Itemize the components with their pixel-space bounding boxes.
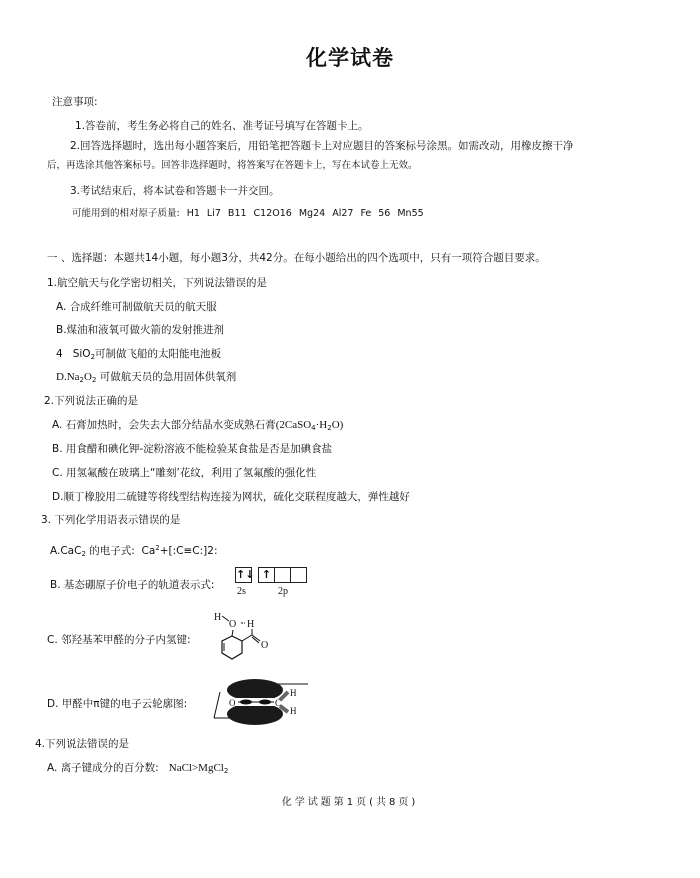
q3-option-d: D. 甲醛中π键的电子云轮廓图: [47, 697, 187, 711]
orbital-2s-label: 2s [237, 586, 246, 597]
question-2-stem: 2.下列说法正确的是 [44, 394, 138, 408]
q2-option-c: C. 用氢氟酸在玻璃上“雕刻’花纹，利用了氢氟酸的强化性 [52, 466, 316, 480]
q2-option-a: A. 石膏加热时，会失去大部分结晶水变成熟石膏(2CaSO4·H2O) [52, 418, 343, 432]
orbital-2p-box-3 [290, 567, 307, 583]
svg-text:O: O [229, 619, 236, 630]
question-4-stem: 4.下列说法错误的是 [35, 737, 129, 751]
notice-item-2-line-1: 2.回答选择题时，选出每小题答案后，用铅笔把答题卡上对应题目的答案标号涂黑。如需… [70, 139, 574, 153]
q2-option-b: B. 用食醋和碘化钾-淀粉溶液不能检验某食盐是否是加碘食盐 [52, 442, 332, 456]
notice-item-3: 3.考试结束后，将本试卷和答题卡一并交回。 [70, 184, 280, 198]
svg-text:H: H [214, 612, 221, 623]
notice-item-1: 1.答卷前，考生务必将自己的姓名、准考证号填写在答题卡上。 [75, 119, 369, 133]
boron-orbital-diagram: ↑↓ ↑ 2s 2p [235, 567, 315, 601]
svg-text:O: O [229, 698, 236, 708]
section-header: 一 、选择题：本题共14小题，每小题3分，共42分。在每小题给出的四个选项中，只… [47, 251, 546, 265]
question-1-stem: 1.航空航天与化学密切相关，下列说法错误的是 [47, 276, 267, 290]
atomic-masses: 可能用到的相对原子质量: H1 Li7 B11 C12O16 Mg24 Al27… [72, 207, 424, 220]
salicylaldehyde-structure-icon: H O H O [212, 608, 282, 666]
q2-option-d: D.顺丁橡胶用二硫键等将线型结构连接为网状，硫化交联程度越大，弹性越好 [52, 490, 410, 504]
page-footer: 化学试题第1页(共8页) [0, 793, 700, 808]
orbital-2p-box-1: ↑ [258, 567, 275, 583]
svg-text:H: H [290, 706, 297, 716]
svg-text:O: O [261, 640, 268, 651]
orbital-2s-box: ↑↓ [235, 567, 252, 583]
q1-option-c: 4 SiO2可制做飞船的太阳能电池板 [56, 347, 221, 361]
svg-text:H: H [290, 688, 297, 698]
orbital-2p-box-2 [274, 567, 291, 583]
q3-option-a: A.CaC2 的电子式: Ca2+[:C≡C:]2: [50, 544, 218, 558]
question-3-stem: 3. 下列化学用语表示错误的是 [41, 513, 180, 527]
q1-option-d: D.Na2O2 可做航天员的急用固体供氧剂 [56, 370, 236, 384]
q3-option-c: C. 邻羟基苯甲醛的分子内氢键: [47, 633, 191, 647]
notice-item-2-line-2: 后，再选涂其他答案标号。回答非选择题时，将答案写在答题卡上，写在本试卷上无效。 [47, 159, 418, 172]
q1-option-a: A. 合成纤维可制做航天员的航天服 [56, 300, 217, 314]
page-title: 化学试卷 [0, 42, 700, 72]
q4-option-a: A. 离子键成分的百分数: NaCl>MgCl2 [47, 761, 228, 775]
notice-heading: 注意事项: [52, 95, 98, 109]
formaldehyde-pi-cloud-icon: O C H H [210, 678, 310, 726]
orbital-2p-label: 2p [278, 586, 288, 597]
q3-option-b: B. 基态硼原子价电子的轨道表示式: [50, 578, 214, 592]
svg-text:H: H [247, 619, 254, 630]
q1-option-b: B.煤油和液氧可做火箭的发射推进剂 [56, 323, 224, 337]
